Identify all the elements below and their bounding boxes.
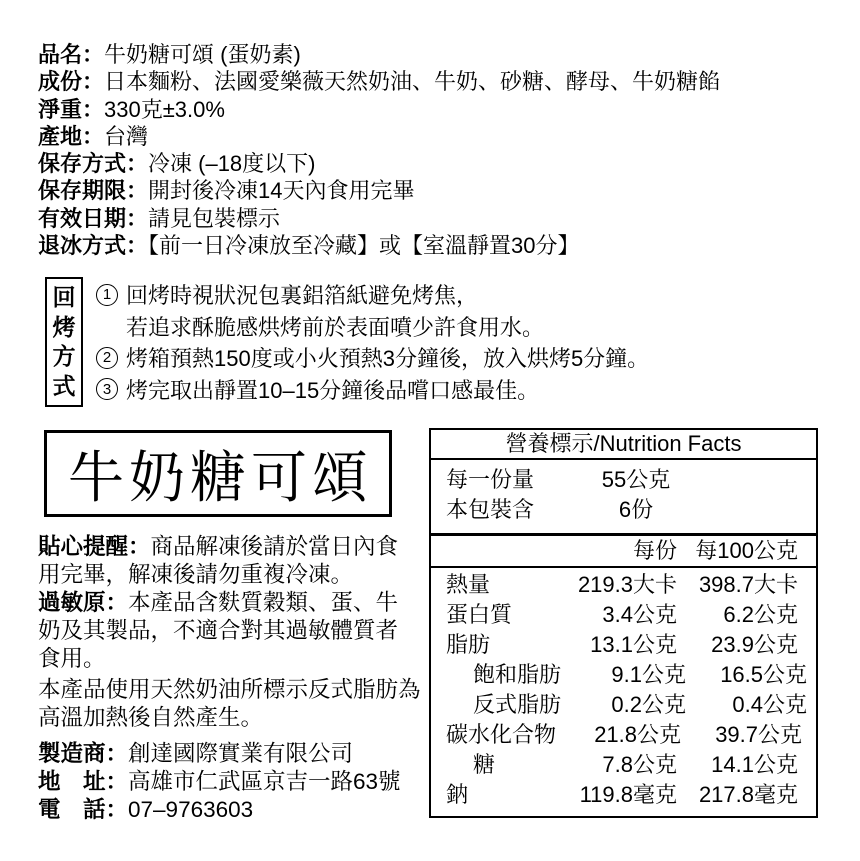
table-row-fat: 脂肪 13.1公克 23.9公克	[431, 630, 816, 660]
table-row-calories: 熱量 219.3大卡 398.7大卡	[431, 570, 816, 600]
reminder-line: 貼心提醒：商品解凍後請於當日內食	[38, 533, 438, 561]
expiry-date-line: 有效日期：請見包裝標示	[38, 205, 720, 232]
row-per-100g: 0.4公克	[686, 690, 825, 720]
field-label: 品名：	[38, 42, 104, 67]
reheat-label-char: 式	[53, 375, 76, 398]
row-per-serving: 3.4公克	[552, 600, 677, 630]
step-text: 烤完取出靜置10–15分鐘後品嚐口感最佳。	[126, 374, 539, 405]
net-weight-line: 淨重：330克±3.0%	[38, 96, 720, 123]
circled-number: 3	[96, 378, 118, 400]
field-value: 日本麵粉、法國愛樂薇天然奶油、牛奶、砂糖、酵母、牛奶糖餡	[104, 69, 720, 94]
phone-line: 電 話：07–9763603	[38, 796, 438, 824]
row-per-serving: 119.8毫克	[552, 780, 677, 810]
row-per-serving: 13.1公克	[552, 630, 677, 660]
manufacturer-label: 製造商：	[38, 741, 128, 766]
allergen-label: 過敏原：	[38, 590, 128, 615]
serving-size-value: 55公克	[561, 465, 711, 495]
nutrition-column-headers: 每份 每100公克	[431, 536, 816, 568]
product-info-section: 品名：牛奶糖可頌 (蛋奶素) 成份：日本麵粉、法國愛樂薇天然奶油、牛奶、砂糖、酵…	[38, 41, 720, 259]
allergen-line: 過敏原：本產品含麩質穀類、蛋、牛	[38, 589, 438, 617]
servings-per-pack-value: 6份	[561, 495, 711, 525]
address-value: 高雄市仁武區京吉一路63號	[128, 769, 401, 794]
phone-label: 電 話：	[38, 797, 128, 822]
serving-info-section: 每一份量 55公克 本包裝含 6份	[431, 460, 816, 536]
storage-method-line: 保存方式：冷凍 (–18度以下)	[38, 150, 720, 177]
row-label: 飽和脂肪	[431, 660, 561, 690]
allergen-line: 奶及其製品，不適合對其過敏體質者	[38, 617, 438, 645]
manufacturer-line: 製造商：創達國際實業有限公司	[38, 740, 438, 768]
field-value: 【前一日冷凍放至冷藏】或【室溫靜置30分】	[148, 233, 579, 258]
servings-per-pack-row: 本包裝含 6份	[431, 495, 816, 525]
row-label: 蛋白質	[431, 600, 552, 630]
circled-number: 1	[96, 284, 118, 306]
row-per-100g: 23.9公克	[677, 630, 816, 660]
shelf-life-line: 保存期限：開封後冷凍14天內食用完畢	[38, 177, 720, 204]
row-per-serving: 7.8公克	[552, 750, 677, 780]
origin-line: 產地：台灣	[38, 123, 720, 150]
row-label: 熱量	[431, 570, 552, 600]
ingredients-line: 成份：日本麵粉、法國愛樂薇天然奶油、牛奶、砂糖、酵母、牛奶糖餡	[38, 68, 720, 95]
product-name-box: 牛奶糖可頌	[44, 430, 392, 517]
field-label: 保存方式：	[38, 151, 148, 176]
field-value: 330克±3.0%	[104, 97, 225, 122]
field-label: 淨重：	[38, 97, 104, 122]
product-label-page: { "top_info": { "lines": [ { "label": "品…	[0, 0, 860, 861]
reheat-instructions-section: 回 烤 方 式 1回烤時視狀況包裏鋁箔紙避免烤焦， 若追求酥脆感烘烤前於表面噴少…	[45, 277, 649, 407]
trans-fat-note: 本產品使用天然奶油所標示反式脂肪為 高溫加熱後自然產生。	[38, 676, 438, 732]
trans-fat-note-line: 本產品使用天然奶油所標示反式脂肪為	[38, 676, 438, 704]
care-notes-section: 貼心提醒：商品解凍後請於當日內食 用完畢，解凍後請勿重複冷凍。 過敏原：本產品含…	[38, 533, 438, 824]
reheat-label-char: 烤	[53, 316, 76, 339]
allergen-line: 食用。	[38, 645, 438, 673]
field-value: 請見包裝標示	[148, 206, 280, 231]
serving-size-label: 每一份量	[431, 465, 561, 495]
table-row-trans-fat: 反式脂肪 0.2公克 0.4公克	[431, 690, 816, 720]
per-100g-header: 每100公克	[677, 536, 816, 566]
reheat-label-char: 方	[53, 345, 76, 368]
allergen-text: 本產品含麩質穀類、蛋、牛	[128, 590, 398, 615]
reheat-step: 1回烤時視狀況包裏鋁箔紙避免烤焦，	[96, 279, 649, 311]
field-value: 台灣	[104, 124, 148, 149]
row-per-100g: 217.8毫克	[677, 780, 816, 810]
circled-number: 2	[96, 347, 118, 369]
row-label: 鈉	[431, 780, 552, 810]
product-name-line: 品名：牛奶糖可頌 (蛋奶素)	[38, 41, 720, 68]
field-label: 成份：	[38, 69, 104, 94]
reminder-text: 商品解凍後請於當日內食	[151, 534, 399, 559]
table-row-sugar: 糖 7.8公克 14.1公克	[431, 750, 816, 780]
serving-size-row: 每一份量 55公克	[431, 465, 816, 495]
manufacturer-value: 創達國際實業有限公司	[128, 741, 353, 766]
trans-fat-note-line: 高溫加熱後自然產生。	[38, 704, 438, 732]
reheat-vertical-label: 回 烤 方 式	[45, 277, 83, 407]
step-text: 烤箱預熱150度或小火預熱3分鐘後，放入烘烤5分鐘。	[126, 342, 649, 373]
row-per-100g: 398.7大卡	[677, 570, 816, 600]
address-line: 地 址：高雄市仁武區京吉一路63號	[38, 768, 438, 796]
row-per-serving: 219.3大卡	[552, 570, 677, 600]
row-per-serving: 9.1公克	[561, 660, 686, 690]
reheat-steps: 1回烤時視狀況包裏鋁箔紙避免烤焦， 若追求酥脆感烘烤前於表面噴少許食用水。 2烤…	[96, 277, 649, 405]
field-value: 冷凍 (–18度以下)	[148, 151, 315, 176]
nutrition-rows: 熱量 219.3大卡 398.7大卡 蛋白質 3.4公克 6.2公克 脂肪 13…	[431, 568, 816, 816]
nutrition-title: 營養標示/Nutrition Facts	[431, 430, 816, 460]
row-per-100g: 16.5公克	[686, 660, 825, 690]
table-row-protein: 蛋白質 3.4公克 6.2公克	[431, 600, 816, 630]
row-per-100g: 6.2公克	[677, 600, 816, 630]
reheat-step: 3烤完取出靜置10–15分鐘後品嚐口感最佳。	[96, 374, 649, 406]
row-per-100g: 14.1公克	[677, 750, 816, 780]
field-value: 開封後冷凍14天內食用完畢	[148, 178, 414, 203]
reheat-step-continuation: 若追求酥脆感烘烤前於表面噴少許食用水。	[96, 311, 649, 343]
field-label: 退冰方式：	[38, 233, 148, 258]
row-label: 糖	[431, 750, 552, 780]
servings-per-pack-label: 本包裝含	[431, 495, 561, 525]
nutrition-facts-table: 營養標示/Nutrition Facts 每一份量 55公克 本包裝含 6份 每…	[429, 428, 818, 818]
field-value: 牛奶糖可頌 (蛋奶素)	[104, 42, 301, 67]
product-name-large: 牛奶糖可頌	[68, 434, 373, 514]
field-label: 保存期限：	[38, 178, 148, 203]
step-text: 回烤時視狀況包裏鋁箔紙避免烤焦，	[126, 279, 478, 310]
field-label: 有效日期：	[38, 206, 148, 231]
row-per-serving: 0.2公克	[561, 690, 686, 720]
table-row-saturated-fat: 飽和脂肪 9.1公克 16.5公克	[431, 660, 816, 690]
row-per-serving: 21.8公克	[556, 720, 681, 750]
column-header-spacer	[431, 536, 552, 566]
thawing-method-line: 退冰方式：【前一日冷凍放至冷藏】或【室溫靜置30分】	[38, 232, 720, 259]
row-label: 脂肪	[431, 630, 552, 660]
field-label: 產地：	[38, 124, 104, 149]
manufacturer-block: 製造商：創達國際實業有限公司 地 址：高雄市仁武區京吉一路63號 電 話：07–…	[38, 740, 438, 824]
per-serving-header: 每份	[552, 536, 677, 566]
step-text: 若追求酥脆感烘烤前於表面噴少許食用水。	[126, 311, 544, 342]
table-row-sodium: 鈉 119.8毫克 217.8毫克	[431, 780, 816, 810]
reheat-label-char: 回	[53, 286, 76, 309]
row-per-100g: 39.7公克	[681, 720, 820, 750]
phone-value: 07–9763603	[128, 797, 253, 822]
reminder-label: 貼心提醒：	[38, 534, 151, 559]
reminder-line: 用完畢，解凍後請勿重複冷凍。	[38, 561, 438, 589]
row-label: 碳水化合物	[431, 720, 556, 750]
address-label: 地 址：	[38, 769, 128, 794]
row-label: 反式脂肪	[431, 690, 561, 720]
reheat-step: 2烤箱預熱150度或小火預熱3分鐘後，放入烘烤5分鐘。	[96, 342, 649, 374]
table-row-carbohydrate: 碳水化合物 21.8公克 39.7公克	[431, 720, 816, 750]
